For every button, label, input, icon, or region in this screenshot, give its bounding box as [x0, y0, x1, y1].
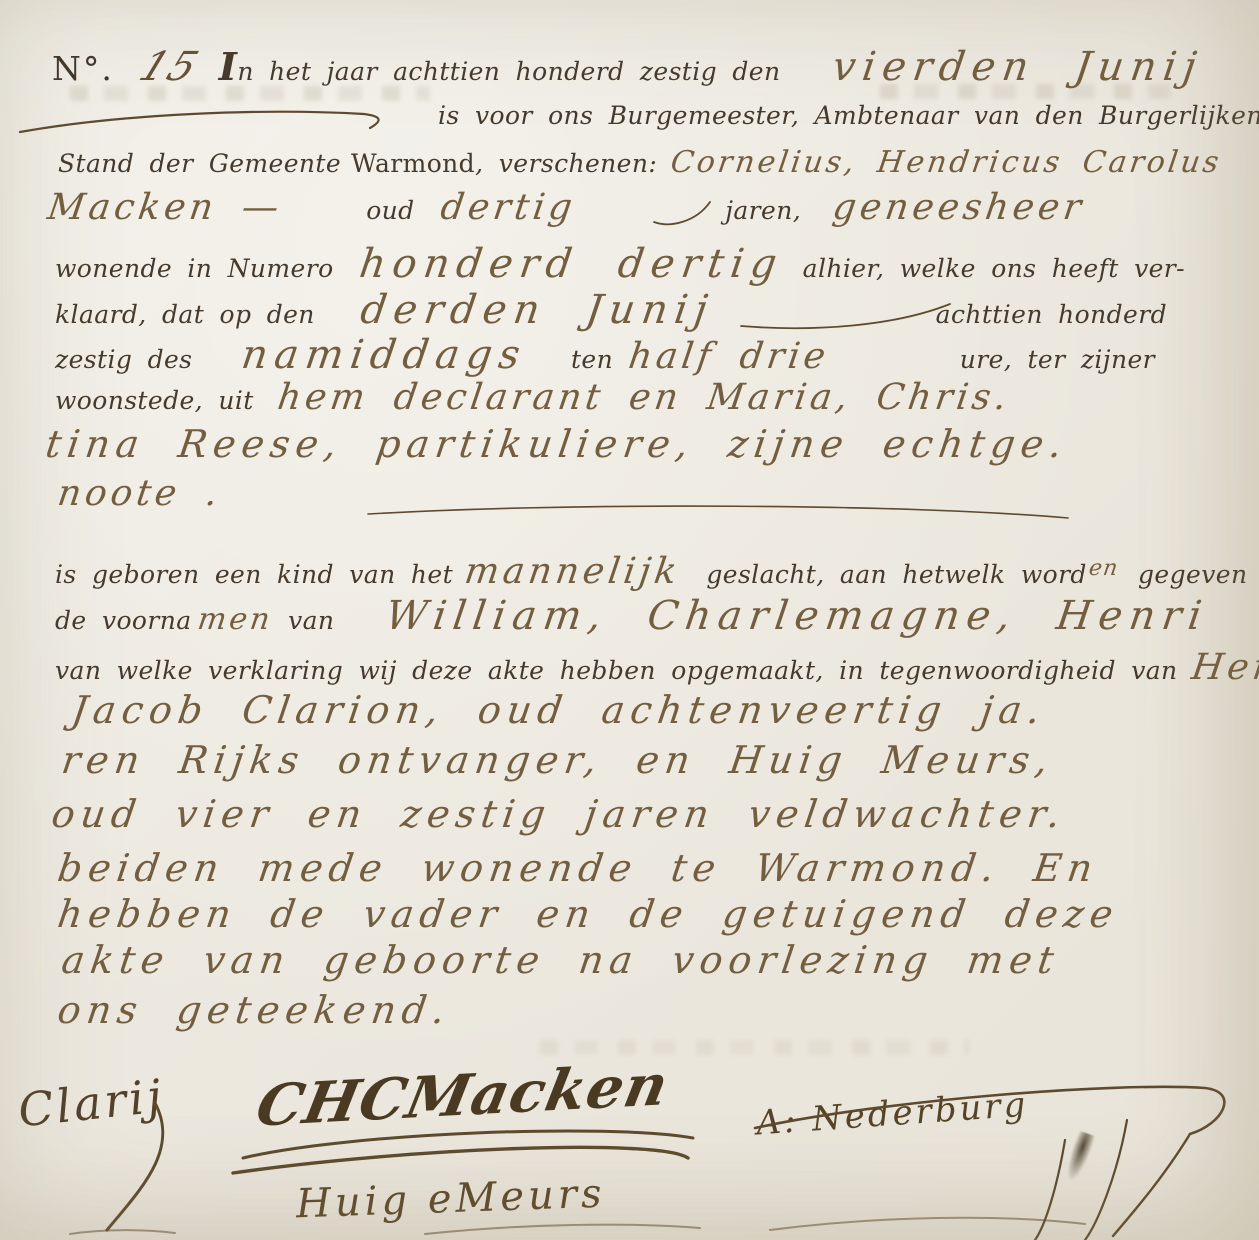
handwritten-text: noote .: [55, 474, 224, 514]
handwritten-gender: mannelijk: [462, 552, 683, 592]
act-line: de voorna men van William, Charlemagne, …: [55, 594, 1208, 638]
handwritten-declarant-name: Cornelius, Hendricus Carolus: [669, 146, 1224, 179]
handwritten-age: dertig: [438, 188, 578, 228]
printed-text: van: [288, 605, 334, 636]
printed-text: woonstede, uit: [55, 385, 254, 416]
printed-text: geslacht, aan hetwelk word: [706, 559, 1086, 590]
printed-text: is voor ons Burgemeester, Ambtenaar van …: [438, 100, 1259, 131]
act-line: akte van geboorte na voorlezing met: [62, 940, 1059, 982]
act-line-header: N°. 15 In het jaar achttien honderd zest…: [52, 44, 1202, 92]
printed-text: Stand der Gemeente: [58, 148, 341, 179]
handwritten-closing: hebben de vader en de getuigend deze: [55, 894, 1121, 936]
printed-text: , verschenen:: [475, 148, 657, 179]
handwritten-daypart: namiddags: [239, 333, 530, 377]
handwritten-insertion: en: [1087, 557, 1120, 581]
handwritten-child-names: William, Charlemagne, Henri: [383, 594, 1211, 638]
handwritten-house-number: honderd dertig: [356, 242, 785, 286]
act-line: noote .: [58, 474, 221, 514]
act-line: tina Reese, partikuliere, zijne echtge.: [46, 424, 1067, 466]
act-line: is voor ons Burgemeester, Ambtenaar van …: [438, 100, 1259, 131]
act-line: wonende in Numero honderd dertig alhier,…: [55, 242, 1185, 286]
act-number-value: 15: [133, 45, 206, 89]
handwritten-witness-firstname: Henri: [1189, 648, 1259, 688]
act-line: Stand der Gemeente Warmond , verschenen:…: [58, 146, 1222, 179]
printed-text: In het jaar achttien honderd zestig den: [219, 44, 781, 92]
birth-certificate-document: N°. 15 In het jaar achttien honderd zest…: [0, 0, 1259, 1240]
act-line: zestig des namiddags ten half drie ure, …: [55, 333, 1155, 377]
handwritten-date: vierden Junij: [829, 45, 1205, 89]
printed-text: jaren,: [725, 195, 801, 226]
filler-rule: [362, 498, 1077, 524]
handwritten-residence: beiden mede wonende te Warmond. En: [55, 848, 1101, 890]
handwritten-mother-name: tina Reese, partikuliere, zijne echtge.: [43, 424, 1070, 466]
act-line: van welke verklaring wij deze akte hebbe…: [55, 648, 1259, 688]
flourish-stroke: [735, 296, 960, 336]
handwritten-closing: ons geteekend.: [55, 990, 453, 1032]
printed-text: ten: [571, 344, 613, 375]
act-line: ren Rijks ontvanger, en Huig Meurs,: [62, 740, 1053, 782]
printed-text: gegeven: [1138, 559, 1247, 590]
handwritten-closing: akte van geboorte na voorlezing met: [59, 940, 1062, 982]
act-line: oud vier en zestig jaren veldwachter.: [52, 794, 1066, 836]
act-line: Macken — oud dertig jaren, geneesheer: [48, 188, 1193, 228]
printed-text: wonende in Numero: [55, 253, 334, 284]
printed-text: klaard, dat op den: [55, 299, 315, 330]
handwritten-profession: geneesheer: [830, 188, 1087, 228]
bleed-through-smudge: [540, 1040, 970, 1055]
handwritten-hour: half drie: [626, 337, 832, 377]
handwritten-surname: Macken —: [45, 188, 285, 228]
handwritten-witness1: Jacob Clarion, oud achtenveertig ja.: [69, 690, 1048, 732]
printed-place-name: Warmond: [351, 148, 475, 179]
handwritten-witness2-age: oud vier en zestig jaren veldwachter.: [49, 794, 1069, 836]
printed-text: alhier, welke ons heeft ver-: [803, 253, 1185, 284]
printed-text: zestig des: [55, 344, 192, 375]
cut-off-writing-strokes: [0, 1198, 1259, 1240]
flourish-stroke: [648, 196, 718, 232]
act-line: ons geteekend.: [58, 990, 450, 1032]
printed-text: oud: [366, 195, 414, 226]
act-line: hebben de vader en de getuigend deze: [58, 894, 1118, 936]
handwritten-insertion: men: [195, 603, 274, 636]
act-line: is geboren een kind van het mannelijk ge…: [55, 552, 1170, 592]
act-line: Jacob Clarion, oud achtenveertig ja.: [72, 690, 1046, 732]
act-line: woonstede, uit hem declarant en Maria, C…: [55, 378, 1010, 418]
handwritten-witness2: ren Rijks ontvanger, en Huig Meurs,: [59, 740, 1056, 782]
act-line: klaard, dat op den derden Junij achttien…: [55, 288, 1167, 332]
flourish-stroke: [12, 98, 412, 144]
printed-text: de voorna: [55, 605, 192, 636]
printed-text: achttien honderd: [936, 299, 1167, 330]
handwritten-mother-intro: hem declarant en Maria, Chris.: [275, 378, 1013, 418]
act-line: beiden mede wonende te Warmond. En: [58, 848, 1098, 890]
printed-text: van welke verklaring wij deze akte hebbe…: [55, 655, 1178, 686]
act-number-label: N°.: [52, 52, 114, 85]
printed-text: is geboren een kind van het: [55, 559, 453, 590]
handwritten-birth-date: derden Junij: [358, 288, 717, 332]
printed-text: ure, ter zijner: [960, 344, 1155, 375]
